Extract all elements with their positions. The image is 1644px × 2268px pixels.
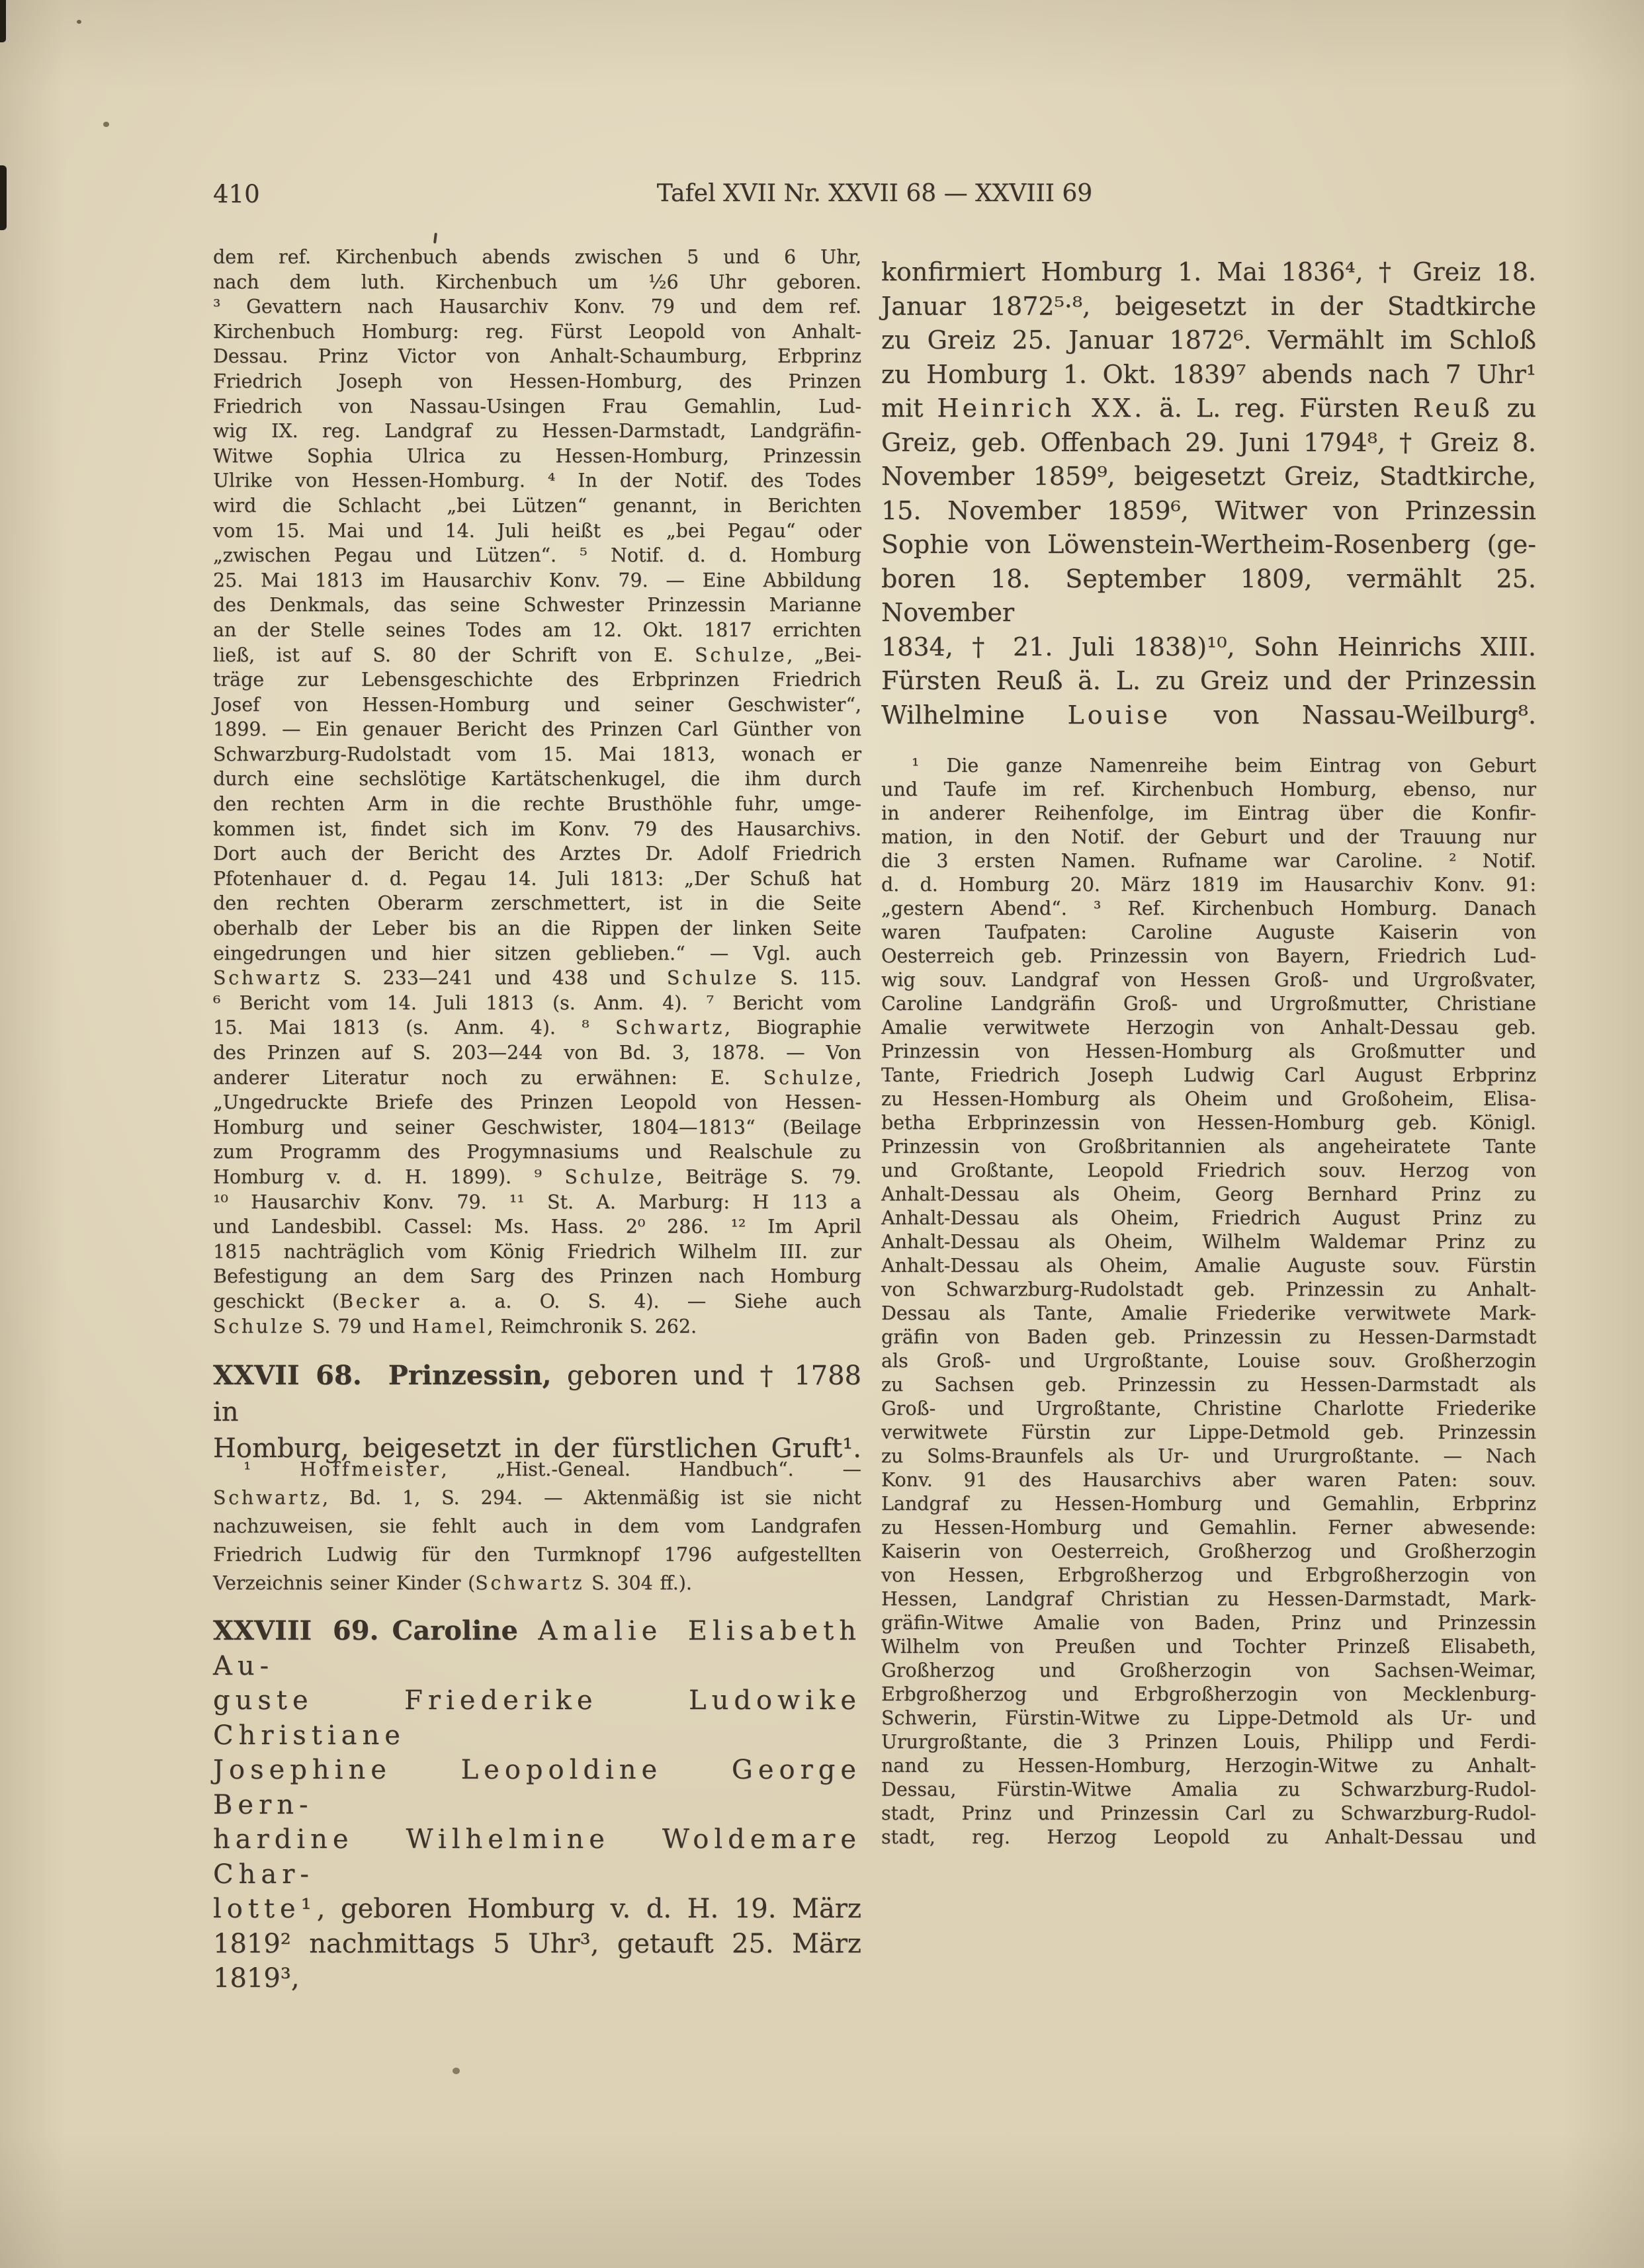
text-line: ¹ Hoffmeister, „Hist.-Geneal. Handbuch“.… bbox=[213, 1455, 861, 1484]
text-line: Greiz, geb. Offenbach 29. Juni 1794⁸, † … bbox=[881, 426, 1536, 460]
text-line: Prinzessin von Hessen-Homburg als Großmu… bbox=[881, 1040, 1536, 1064]
text-line: Landgraf zu Hessen-Homburg und Gemahlin,… bbox=[881, 1492, 1536, 1516]
text-line: Oesterreich geb. Prinzessin von Bayern, … bbox=[881, 945, 1536, 968]
text-line: zum Programm des Progymnasiums und Reals… bbox=[213, 1140, 861, 1165]
right-column-main-text: konfirmiert Homburg 1. Mai 1836⁴, † Grei… bbox=[881, 255, 1536, 732]
document-page: 410 Tafel XVII Nr. XXVII 68 — XXVIII 69 … bbox=[0, 0, 1644, 2268]
text-line: betha Erbprinzessin von Hessen-Homburg g… bbox=[881, 1111, 1536, 1135]
text-line: Dessau als Tante, Amalie Friederike verw… bbox=[881, 1302, 1536, 1325]
text-line: Homburg und seiner Geschwister, 1804—181… bbox=[213, 1115, 861, 1140]
text-line: nachzuweisen, sie fehlt auch in dem vom … bbox=[213, 1512, 861, 1540]
text-line: durch eine sechslötige Kartätschenkugel,… bbox=[213, 767, 861, 792]
text-line: 1899. — Ein genauer Bericht des Prinzen … bbox=[213, 717, 861, 742]
text-line: Dort auch der Bericht des Arztes Dr. Ado… bbox=[213, 841, 861, 866]
text-line: Schwartz S. 233—241 und 438 und Schulze … bbox=[213, 966, 861, 991]
text-line: verwitwete Fürstin zur Lippe-Detmold geb… bbox=[881, 1421, 1536, 1445]
text-line: eingedrungen und hier sitzen geblieben.“… bbox=[213, 941, 861, 966]
text-line: November 1859⁹, beigesetzt Greiz, Stadtk… bbox=[881, 460, 1536, 494]
text-line: Hessen, Landgraf Christian zu Hessen-Dar… bbox=[881, 1587, 1536, 1611]
scan-edge-artifact bbox=[0, 0, 6, 42]
text-line: waren Taufpaten: Caroline Auguste Kaiser… bbox=[881, 921, 1536, 945]
text-line: den rechten Oberarm zerschmettert, ist i… bbox=[213, 891, 861, 916]
text-line: wird die Schlacht „bei Lützen“ genannt, … bbox=[213, 493, 861, 519]
right-column-footnotes: ¹ Die ganze Namenreihe beim Eintrag von … bbox=[881, 754, 1536, 1849]
text-line: hardine Wilhelmine Woldemare Char- bbox=[213, 1822, 861, 1892]
text-line: XXVIII 69. Caroline Amalie Elisabeth Au- bbox=[213, 1614, 861, 1683]
text-line: Prinzessin von Großbritannien als angehe… bbox=[881, 1135, 1536, 1159]
text-line: Januar 1872⁵·⁸, beigesetzt in der Stadtk… bbox=[881, 290, 1536, 324]
text-line: Pfotenhauer d. d. Pegau 14. Juli 1813: „… bbox=[213, 866, 861, 892]
text-line: Caroline Landgräfin Groß- und Urgroßmutt… bbox=[881, 992, 1536, 1016]
text-line: Anhalt-Dessau als Oheim, Friedrich Augus… bbox=[881, 1206, 1536, 1230]
text-line: Wilhelm von Preußen und Tochter Prinzeß … bbox=[881, 1635, 1536, 1659]
text-line: „Ungedruckte Briefe des Prinzen Leopold … bbox=[213, 1090, 861, 1115]
text-line: gräfin von Baden geb. Prinzessin zu Hess… bbox=[881, 1325, 1536, 1349]
text-line: zu Solms-Braunfels als Ur- und Ururgroßt… bbox=[881, 1445, 1536, 1468]
text-line: Ururgroßtante, die 3 Prinzen Louis, Phil… bbox=[881, 1730, 1536, 1754]
text-line: anderer Literatur noch zu erwähnen: E. S… bbox=[213, 1066, 861, 1091]
text-line: und Taufe im ref. Kirchenbuch Homburg, e… bbox=[881, 778, 1536, 802]
text-line: in anderer Reihenfolge, im Eintrag über … bbox=[881, 802, 1536, 825]
text-line: Josef von Hessen-Homburg und seiner Gesc… bbox=[213, 693, 861, 718]
text-line: Schwarzburg-Rudolstadt vom 15. Mai 1813,… bbox=[213, 742, 861, 767]
scan-speck bbox=[77, 20, 81, 24]
text-line: „zwischen Pegau und Lützen“. ⁵ Notif. d.… bbox=[213, 543, 861, 568]
text-line: 1819² nachmittags 5 Uhr³, getauft 25. Mä… bbox=[213, 1927, 861, 1996]
text-line: Sophie von Löwenstein-Wertheim-Rosenberg… bbox=[881, 528, 1536, 562]
text-line: Kirchenbuch Homburg: reg. Fürst Leopold … bbox=[213, 319, 861, 345]
section-heading-xxvii-68: XXVII 68. Prinzessin, geboren und † 1788… bbox=[213, 1357, 861, 1467]
text-line: zu Sachsen geb. Prinzessin zu Hessen-Dar… bbox=[881, 1373, 1536, 1397]
text-line: Groß- und Urgroßtante, Christine Charlot… bbox=[881, 1397, 1536, 1421]
text-line: Großherzog und Großherzogin von Sachsen-… bbox=[881, 1659, 1536, 1683]
text-line: zu Greiz 25. Januar 1872⁶. Vermählt im S… bbox=[881, 323, 1536, 358]
text-line: vom 15. Mai und 14. Juli heißt es „bei P… bbox=[213, 519, 861, 544]
text-line: Wilhelmine Louise von Nassau-Weilburg⁸. bbox=[881, 698, 1536, 733]
text-line: stadt, reg. Herzog Leopold zu Anhalt-Des… bbox=[881, 1826, 1536, 1849]
text-line: dem ref. Kirchenbuch abends zwischen 5 u… bbox=[213, 245, 861, 270]
text-line: Friedrich Ludwig für den Turmknopf 1796 … bbox=[213, 1540, 861, 1569]
text-line: als Groß- und Urgroßtante, Louise souv. … bbox=[881, 1349, 1536, 1373]
text-line: Schulze S. 79 und Hamel, Reimchronik S. … bbox=[213, 1314, 861, 1339]
text-line: Friedrich Joseph von Hessen-Homburg, des… bbox=[213, 369, 861, 394]
text-line: nand zu Hessen-Homburg, Herzogin-Witwe z… bbox=[881, 1754, 1536, 1778]
text-line: 15. Mai 1813 (s. Anm. 4). ⁸ Schwartz, Bi… bbox=[213, 1015, 861, 1040]
text-line: Schwartz, Bd. 1, S. 294. — Aktenmäßig is… bbox=[213, 1484, 861, 1512]
text-line: Tante, Friedrich Joseph Ludwig Carl Augu… bbox=[881, 1064, 1536, 1087]
text-line: ließ, ist auf S. 80 der Schrift von E. S… bbox=[213, 643, 861, 668]
text-line: ¹ Die ganze Namenreihe beim Eintrag von … bbox=[881, 754, 1536, 778]
text-line: Kaiserin von Oesterreich, Großherzog und… bbox=[881, 1540, 1536, 1564]
text-line: ³ Gevattern nach Hausarchiv Konv. 79 und… bbox=[213, 294, 861, 319]
text-line: Josephine Leopoldine George Bern- bbox=[213, 1753, 861, 1822]
text-line: an der Stelle seines Todes am 12. Okt. 1… bbox=[213, 618, 861, 643]
text-line: und Großtante, Leopold Friedrich souv. H… bbox=[881, 1159, 1536, 1183]
left-column-footnotes-continued: dem ref. Kirchenbuch abends zwischen 5 u… bbox=[213, 245, 861, 1339]
text-line: träge zur Lebensgeschichte des Erbprinze… bbox=[213, 667, 861, 693]
text-line: Dessau, Fürstin-Witwe Amalia zu Schwarzb… bbox=[881, 1778, 1536, 1802]
text-line: kommen ist, findet sich im Konv. 79 des … bbox=[213, 817, 861, 842]
text-line: Dessau. Prinz Victor von Anhalt-Schaumbu… bbox=[213, 344, 861, 369]
text-line: Erbgroßherzog und Erbgroßherzogin von Me… bbox=[881, 1683, 1536, 1706]
text-line: oberhalb der Leber bis an die Rippen der… bbox=[213, 916, 861, 941]
text-line: lotte¹, geboren Homburg v. d. H. 19. Mär… bbox=[213, 1892, 861, 1927]
text-line: 1815 nachträglich vom König Friedrich Wi… bbox=[213, 1239, 861, 1265]
text-line: mit Heinrich XX. ä. L. reg. Fürsten Reuß… bbox=[881, 392, 1536, 426]
text-line: XXVII 68. Prinzessin, geboren und † 1788… bbox=[213, 1357, 861, 1431]
text-line: konfirmiert Homburg 1. Mai 1836⁴, † Grei… bbox=[881, 255, 1536, 290]
text-line: Anhalt-Dessau als Oheim, Wilhelm Waldema… bbox=[881, 1230, 1536, 1254]
text-line: 25. Mai 1813 im Hausarchiv Konv. 79. — E… bbox=[213, 568, 861, 593]
text-line: ¹⁰ Hausarchiv Konv. 79. ¹¹ St. A. Marbur… bbox=[213, 1190, 861, 1215]
text-line: ⁶ Bericht vom 14. Juli 1813 (s. Anm. 4).… bbox=[213, 991, 861, 1016]
scan-speck bbox=[103, 122, 109, 127]
text-line: Homburg v. d. H. 1899). ⁹ Schulze, Beitr… bbox=[213, 1165, 861, 1190]
text-line: die 3 ersten Namen. Rufname war Caroline… bbox=[881, 849, 1536, 873]
text-line: gräfin-Witwe Amalie von Baden, Prinz und… bbox=[881, 1611, 1536, 1635]
text-line: von Schwarzburg-Rudolstadt geb. Prinzess… bbox=[881, 1278, 1536, 1302]
text-line: von Hessen, Erbgroßherzog und Erbgroßher… bbox=[881, 1564, 1536, 1587]
section-xxvii-footnote: ¹ Hoffmeister, „Hist.-Geneal. Handbuch“.… bbox=[213, 1455, 861, 1597]
text-line: zu Homburg 1. Okt. 1839⁷ abends nach 7 U… bbox=[881, 358, 1536, 392]
text-line: guste Friederike Ludowike Christiane bbox=[213, 1683, 861, 1753]
text-line: „gestern Abend“. ³ Ref. Kirchenbuch Homb… bbox=[881, 897, 1536, 921]
text-line: Befestigung an dem Sarg des Prinzen nach… bbox=[213, 1264, 861, 1289]
text-line: 15. November 1859⁶, Witwer von Prinzessi… bbox=[881, 494, 1536, 528]
scan-speck bbox=[433, 233, 437, 243]
scan-edge-artifact bbox=[0, 165, 7, 230]
text-line: zu Hessen-Homburg als Oheim und Großohei… bbox=[881, 1087, 1536, 1111]
text-line: und Landesbibl. Cassel: Ms. Hass. 2⁰ 286… bbox=[213, 1214, 861, 1239]
text-line: Schwerin, Fürstin-Witwe zu Lippe-Detmold… bbox=[881, 1706, 1536, 1730]
section-heading-xxviii-69: XXVIII 69. Caroline Amalie Elisabeth Au-… bbox=[213, 1614, 861, 1996]
text-line: Verzeichnis seiner Kinder (Schwartz S. 3… bbox=[213, 1569, 861, 1597]
text-line: zu Hessen-Homburg und Gemahlin. Ferner a… bbox=[881, 1516, 1536, 1540]
text-line: Ulrike von Hessen-Homburg. ⁴ In der Noti… bbox=[213, 468, 861, 493]
text-line: 1834, † 21. Juli 1838)¹⁰, Sohn Heinrichs… bbox=[881, 630, 1536, 665]
text-line: Friedrich von Nassau-Usingen Frau Gemahl… bbox=[213, 394, 861, 419]
text-line: stadt, Prinz und Prinzessin Carl zu Schw… bbox=[881, 1802, 1536, 1826]
text-line: Konv. 91 des Hausarchivs aber waren Pate… bbox=[881, 1468, 1536, 1492]
text-line: d. d. Homburg 20. März 1819 im Hausarchi… bbox=[881, 873, 1536, 897]
text-line: wig souv. Landgraf von Hessen Groß- und … bbox=[881, 968, 1536, 992]
scan-speck bbox=[453, 2068, 460, 2074]
text-line: wig IX. reg. Landgraf zu Hessen-Darmstad… bbox=[213, 419, 861, 444]
text-line: Fürsten Reuß ä. L. zu Greiz und der Prin… bbox=[881, 664, 1536, 698]
text-line: nach dem luth. Kirchenbuch um ½6 Uhr geb… bbox=[213, 270, 861, 295]
text-line: des Denkmals, das seine Schwester Prinze… bbox=[213, 593, 861, 618]
running-header-title: Tafel XVII Nr. XXVII 68 — XXVIII 69 bbox=[213, 180, 1536, 207]
text-line: Anhalt-Dessau als Oheim, Amalie Auguste … bbox=[881, 1254, 1536, 1278]
text-line: Amalie verwitwete Herzogin von Anhalt-De… bbox=[881, 1016, 1536, 1040]
text-line: den rechten Arm in die rechte Brusthöhle… bbox=[213, 792, 861, 817]
text-line: Witwe Sophia Ulrica zu Hessen-Homburg, P… bbox=[213, 444, 861, 469]
text-line: des Prinzen auf S. 203—244 von Bd. 3, 18… bbox=[213, 1040, 861, 1066]
text-line: Anhalt-Dessau als Oheim, Georg Bernhard … bbox=[881, 1183, 1536, 1206]
text-line: mation, in den Notif. der Geburt und der… bbox=[881, 825, 1536, 849]
text-line: geschickt (Becker a. a. O. S. 4). — Sieh… bbox=[213, 1289, 861, 1314]
text-line: boren 18. September 1809, vermählt 25. N… bbox=[881, 562, 1536, 630]
